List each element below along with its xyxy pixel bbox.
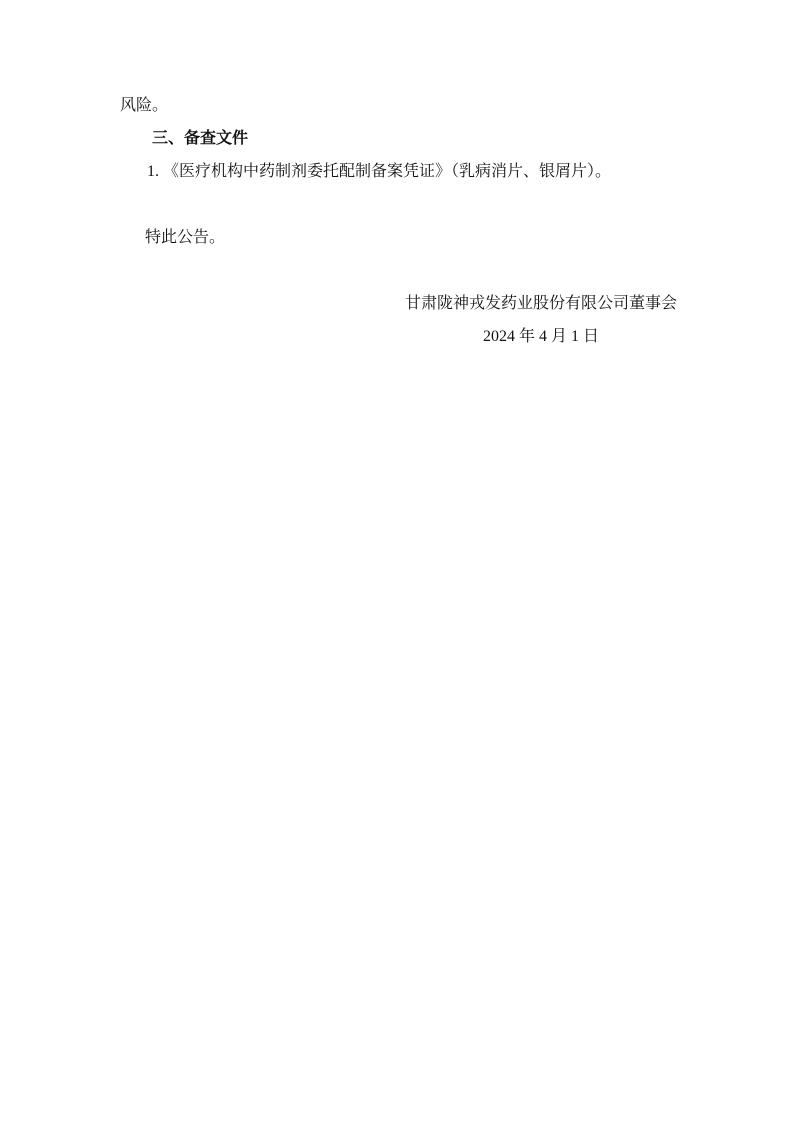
signature-company: 甘肃陇神戎发药业股份有限公司董事会 xyxy=(405,287,677,320)
signature-block: 甘肃陇神戎发药业股份有限公司董事会 2024 年 4 月 1 日 xyxy=(120,287,677,353)
signature-date: 2024 年 4 月 1 日 xyxy=(405,320,677,353)
paragraph-continuation: 风险。 xyxy=(120,89,677,122)
signature-inner: 甘肃陇神戎发药业股份有限公司董事会 2024 年 4 月 1 日 xyxy=(405,287,677,353)
document-body: 风险。 三、备查文件 1. 《医疗机构中药制剂委托配制备案凭证》（乳病消片、银屑… xyxy=(120,89,677,353)
document-page: 风险。 三、备查文件 1. 《医疗机构中药制剂委托配制备案凭证》（乳病消片、银屑… xyxy=(0,0,793,1122)
closing-statement: 特此公告。 xyxy=(120,221,677,254)
reference-list-item: 1. 《医疗机构中药制剂委托配制备案凭证》（乳病消片、银屑片）。 xyxy=(120,155,677,188)
section-heading: 三、备查文件 xyxy=(120,122,677,155)
